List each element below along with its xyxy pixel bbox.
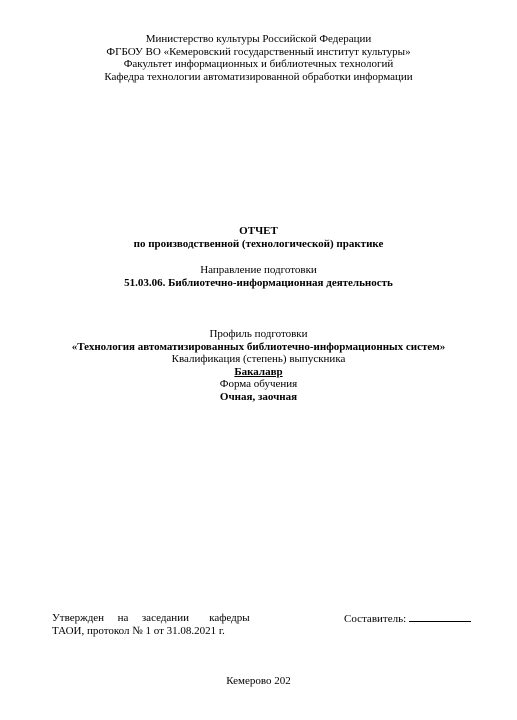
report-subheading: по производственной (технологической) пр… xyxy=(0,238,517,251)
city-year: Кемерово 202 xyxy=(0,675,517,688)
institute-line: ФГБОУ ВО «Кемеровский государственный ин… xyxy=(0,46,517,59)
profile-label: Профиль подготовки xyxy=(0,328,517,341)
compiler-field: Составитель: xyxy=(344,612,471,626)
approval-note: Утвержден на заседании кафедры ТАОИ, про… xyxy=(52,612,250,637)
profile-value: «Технология автоматизированных библиотеч… xyxy=(0,341,517,354)
footer: Кемерово 202 xyxy=(0,675,517,688)
qualification-label: Квалификация (степень) выпускника xyxy=(0,353,517,366)
study-form-value: Очная, заочная xyxy=(0,391,517,404)
report-heading: ОТЧЕТ xyxy=(0,225,517,238)
training-profile: Профиль подготовки «Технология автоматиз… xyxy=(0,328,517,403)
direction-value: 51.03.06. Библиотечно-информационная дея… xyxy=(0,277,517,290)
faculty-line: Факультет информационных и библиотечных … xyxy=(0,58,517,71)
direction-label: Направление подготовки xyxy=(0,264,517,277)
document-page: Министерство культуры Российской Федерац… xyxy=(0,0,517,720)
qualification-value: Бакалавр xyxy=(0,366,517,379)
study-form-label: Форма обучения xyxy=(0,378,517,391)
ministry-line: Министерство культуры Российской Федерац… xyxy=(0,33,517,46)
approval-line-2: ТАОИ, протокол № 1 от 31.08.2021 г. xyxy=(52,625,250,638)
department-line: Кафедра технологии автоматизированной об… xyxy=(0,71,517,84)
report-title: ОТЧЕТ по производственной (технологическ… xyxy=(0,225,517,250)
signature-blank-line xyxy=(409,612,471,622)
approval-line-1: Утвержден на заседании кафедры xyxy=(52,612,250,625)
institution-header: Министерство культуры Российской Федерац… xyxy=(0,33,517,83)
compiler-label: Составитель: xyxy=(344,613,406,625)
training-direction: Направление подготовки 51.03.06. Библиот… xyxy=(0,264,517,289)
